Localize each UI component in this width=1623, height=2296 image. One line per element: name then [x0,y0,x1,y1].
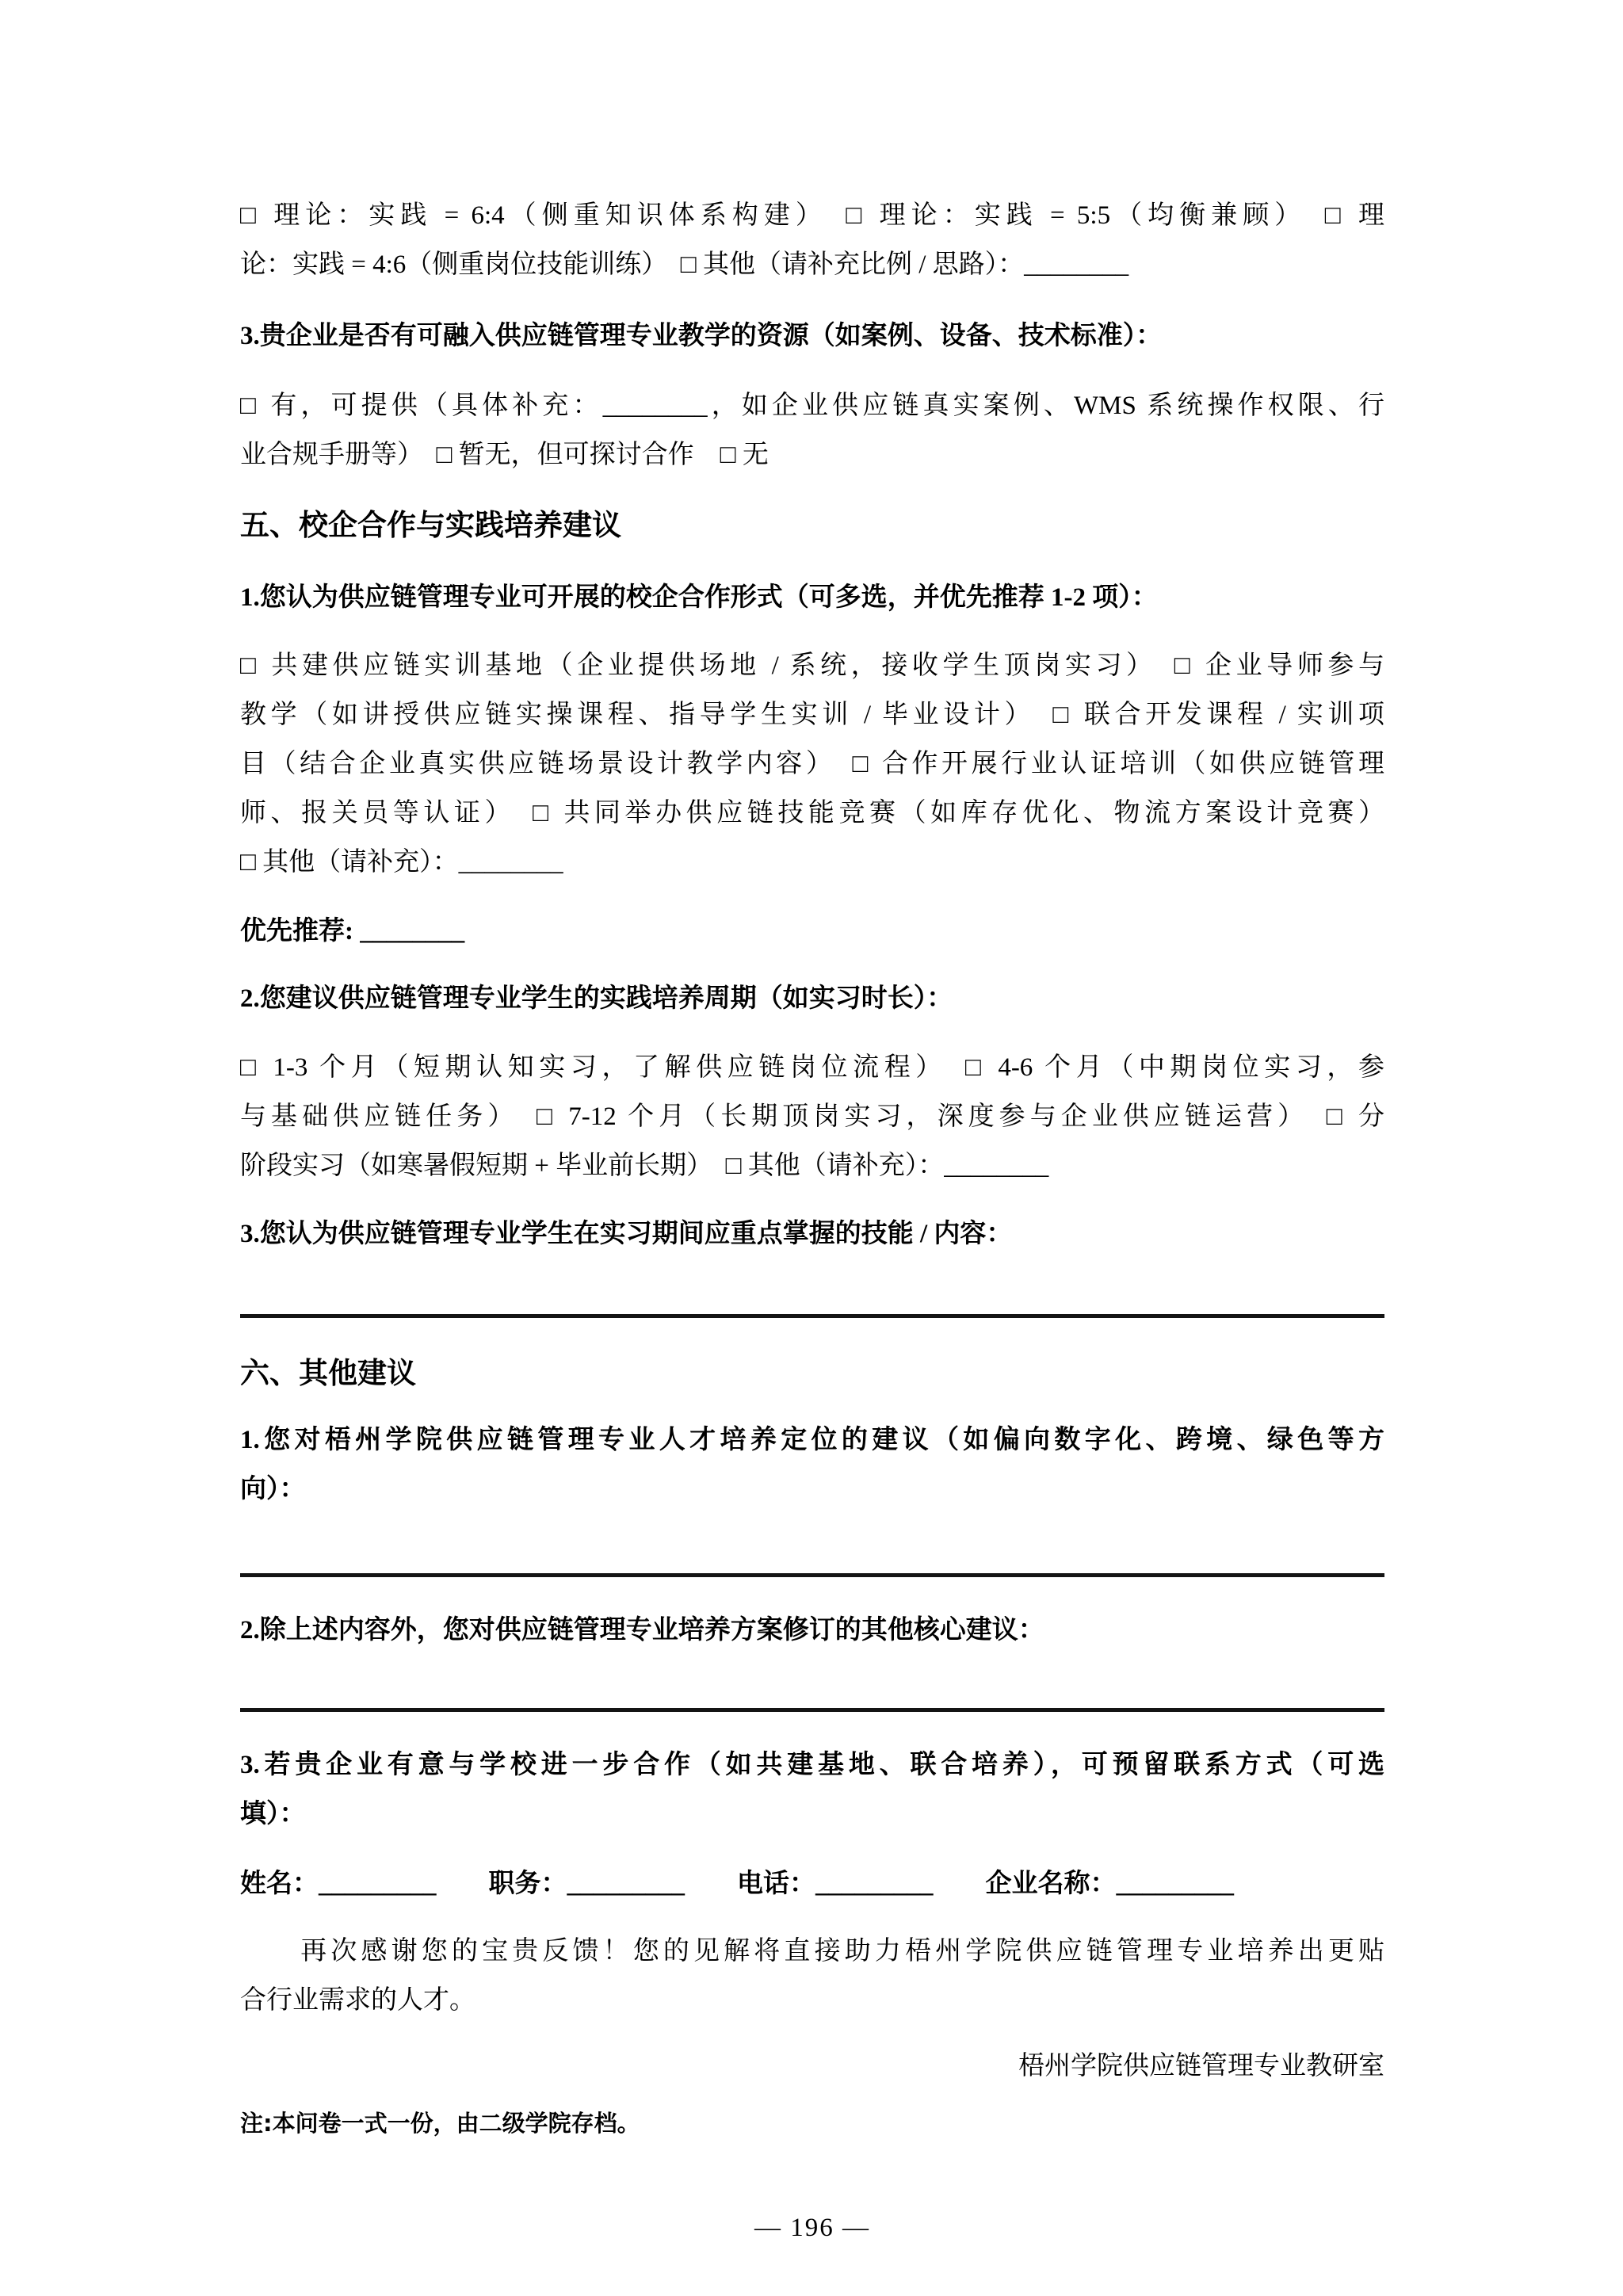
s5-q2-heading: 2.您建议供应链管理专业学生的实践培养周期（如实习时长）： [240,974,1384,1023]
questionnaire-page: □ 理论：实践 = 6:4（侧重知识体系构建） □ 理论：实践 = 5:5（均衡… [0,0,1623,2296]
s5-q1-option-line: 目（结合企业真实供应链场景设计教学内容） □ 合作开展行业认证培训（如供应链管理 [240,739,1384,789]
answer-blank-rule [240,1314,1384,1318]
page-content: □ 理论：实践 = 6:4（侧重知识体系构建） □ 理论：实践 = 5:5（均衡… [240,0,1384,2252]
signature-line: 梧州学院供应链管理专业教研室 [240,2042,1384,2091]
s5-q1-option-line: 教学（如讲授供应链实操课程、指导学生实训 / 毕业设计） □ 联合开发课程 / … [240,690,1384,739]
answer-blank-rule [240,1573,1384,1577]
answer-blank-rule [240,1708,1384,1712]
closing-line: 再次感谢您的宝贵反馈！您的见解将直接助力梧州学院供应链管理专业培养出更贴 [240,1927,1384,1976]
contact-fields-line: 姓名：_________ 职务：_________ 电话：_________ 企… [240,1859,1384,1908]
s5-q1-option-line: 师、报关员等认证） □ 共同举办供应链技能竞赛（如库存优化、物流方案设计竞赛） [240,789,1384,838]
q3-resources-option-line: 业合规手册等） □ 暂无，但可探讨合作 □ 无 [240,430,1384,479]
q3-resources-option-line: □ 有，可提供（具体补充：________，如企业供应链真实案例、WMS 系统操… [240,381,1384,430]
priority-recommendation-line: 优先推荐: ________ [240,907,1384,956]
s5-q1-option-line: □ 其他（请补充）：________ [240,838,1384,887]
s5-q2-option-line: 与基础供应链任务） □ 7-12 个月（长期顶岗实习，深度参与企业供应链运营） … [240,1092,1384,1141]
s6-q1-heading-line: 向）： [240,1465,1384,1514]
s5-q3-heading: 3.您认为供应链管理专业学生在实习期间应重点掌握的技能 / 内容： [240,1209,1384,1259]
s6-q1-heading-line: 1.您对梧州学院供应链管理专业人才培养定位的建议（如偏向数字化、跨境、绿色等方 [240,1415,1384,1465]
s5-q1-option-line: □ 共建供应链实训基地（企业提供场地 / 系统，接收学生顶岗实习） □ 企业导师… [240,641,1384,690]
s6-q3-heading-line: 填）： [240,1790,1384,1839]
page-number: — 196 — [240,2203,1384,2252]
s5-q1-heading: 1.您认为供应链管理专业可开展的校企合作形式（可多选，并优先推荐 1-2 项）： [240,573,1384,622]
s5-q2-option-line: 阶段实习（如寒暑假短期 + 毕业前长期） □ 其他（请补充）：________ [240,1141,1384,1190]
s6-q2-heading: 2.除上述内容外，您对供应链管理专业培养方案修订的其他核心建议： [240,1606,1384,1655]
ratio-option-line: □ 理论：实践 = 6:4（侧重知识体系构建） □ 理论：实践 = 5:5（均衡… [240,191,1384,240]
section6-title: 六、其他建议 [240,1350,1384,1399]
s5-q2-option-line: □ 1-3 个月（短期认知实习，了解供应链岗位流程） □ 4-6 个月（中期岗位… [240,1043,1384,1092]
ratio-option-line: 论：实践 = 4:6（侧重岗位技能训练） □ 其他（请补充比例 / 思路）：__… [240,240,1384,289]
q3-resources-heading: 3.贵企业是否有可融入供应链管理专业教学的资源（如案例、设备、技术标准）： [240,311,1384,361]
closing-line: 合行业需求的人才。 [240,1976,1384,2025]
archive-note: 注:本问卷一式一份，由二级学院存档。 [240,2099,1384,2148]
section5-title: 五、校企合作与实践培养建议 [240,502,1384,551]
s6-q3-heading-line: 3.若贵企业有意与学校进一步合作（如共建基地、联合培养），可预留联系方式（可选 [240,1740,1384,1790]
